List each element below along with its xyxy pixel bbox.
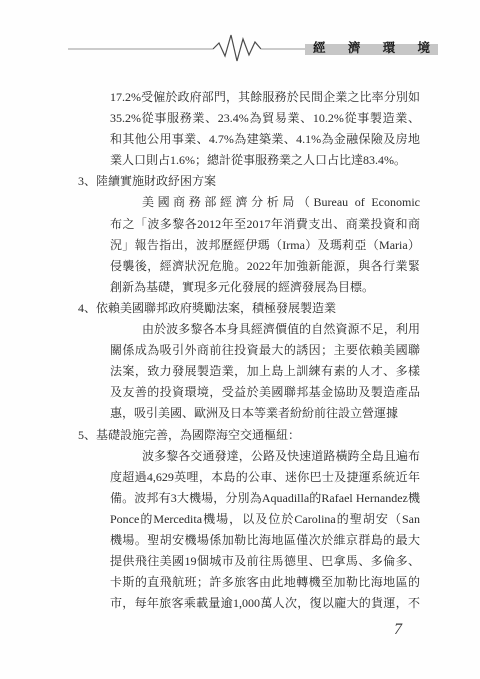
text-line: 市，每年旅客乘載量逾1,000萬人次，復以龐大的貨運，不僅是加勒 <box>78 593 420 614</box>
heartbeat-zigzag-icon <box>68 32 305 66</box>
header-title-char: 境 <box>417 42 430 55</box>
text-line: 波多黎各交通發達，公路及快速道路橫跨全島且遍布沿海，總長 <box>78 446 420 467</box>
text-line: 由於波多黎各本身具經濟價值的自然資源不足，利用其與美國的 <box>78 319 420 340</box>
text-line: 侵襲後，經濟狀況危脆。2022年加強新能源，與各行業緊密合作，以 <box>78 256 420 277</box>
text-line: 法案，致力發展製造業，加上島上訓練有素的人才、多樣的就業人口 <box>78 361 420 382</box>
text-line: 提供飛往美國19個城市及前往馬德里、巴拿馬、多倫多、倫敦及卡拉 <box>78 551 420 572</box>
text-line: 況」報告指出，波邦歷經伊瑪（Irma）及瑪莉亞（Maria）颶風慘烈 <box>78 235 420 256</box>
section-heading: 3、陸續實施財政紓困方案 <box>78 171 420 192</box>
text-line: 機場。聖胡安機場係加勒比海地區僅次於維京群島的最大機場，每天 <box>78 530 420 551</box>
text-line: 業人口則占1.6%；總計從事服務業之人口占比達83.4%。 <box>78 150 420 171</box>
page-number: 7 <box>394 620 402 639</box>
section-heading: 4、依賴美國聯邦政府獎勵法案，積極發展製造業 <box>78 298 420 319</box>
header-title-char: 經 <box>313 42 326 55</box>
running-header-title-bar: 經 濟 環 境 <box>305 44 438 55</box>
section-heading: 5、基礎設施完善，為國際海空交通樞紐： <box>78 425 420 446</box>
text-line: 創新為基礎，實現多元化發展的經濟發展為目標。 <box>78 277 420 298</box>
text-line: 卡斯的直飛航班；許多旅客由此地轉機至加勒比海地區的其他25個城 <box>78 572 420 593</box>
header-title-char: 濟 <box>348 42 361 55</box>
text-line: 17.2%受僱於政府部門，其餘服務於民間企業之比率分別如下： <box>78 87 420 108</box>
text-line: 布之「波多黎各2012年至2017年消費支出、商業投資和商品貿易情 <box>78 214 420 235</box>
text-line: 備。波邦有3大機場，分別為Aquadilla的Rafael Hernandez機… <box>78 488 420 509</box>
document-page: 經 濟 環 境 17.2%受僱於政府部門，其餘服務於民間企業之比率分別如下：35… <box>0 0 480 679</box>
text-line: 美國商務部經濟分析局（Bureau of Economic Analysis；B… <box>78 192 420 213</box>
text-line: 關係成為吸引外商前往投資最大的誘因；主要依賴美國聯邦政府獎勵 <box>78 340 420 361</box>
text-line: 及友善的投資環境，受益於美國聯邦基金協助及製造產品免稅輸美優 <box>78 382 420 403</box>
text-line: 35.2%從事服務業、23.4%為貿易業、10.2%從事製造業、4.7%為運輸 <box>78 108 420 129</box>
header-title-char: 環 <box>383 42 396 55</box>
text-line: 惠，吸引美國、歐洲及日本等業者紛紛前往設立營運據點。 <box>78 403 420 424</box>
text-line: 度超過4,629英哩，本島的公車、迷你巴士及捷運系統近年也日趨完 <box>78 467 420 488</box>
text-line: 和其他公用事業、4.7%為建築業、4.1%為金融保險及房地產業、農 <box>78 129 420 150</box>
content-lines: 17.2%受僱於政府部門，其餘服務於民間企業之比率分別如下：35.2%從事服務業… <box>78 87 420 614</box>
text-line: Ponce的Mercedita機場，以及位於Carolina的聖胡安（San J… <box>78 509 420 530</box>
